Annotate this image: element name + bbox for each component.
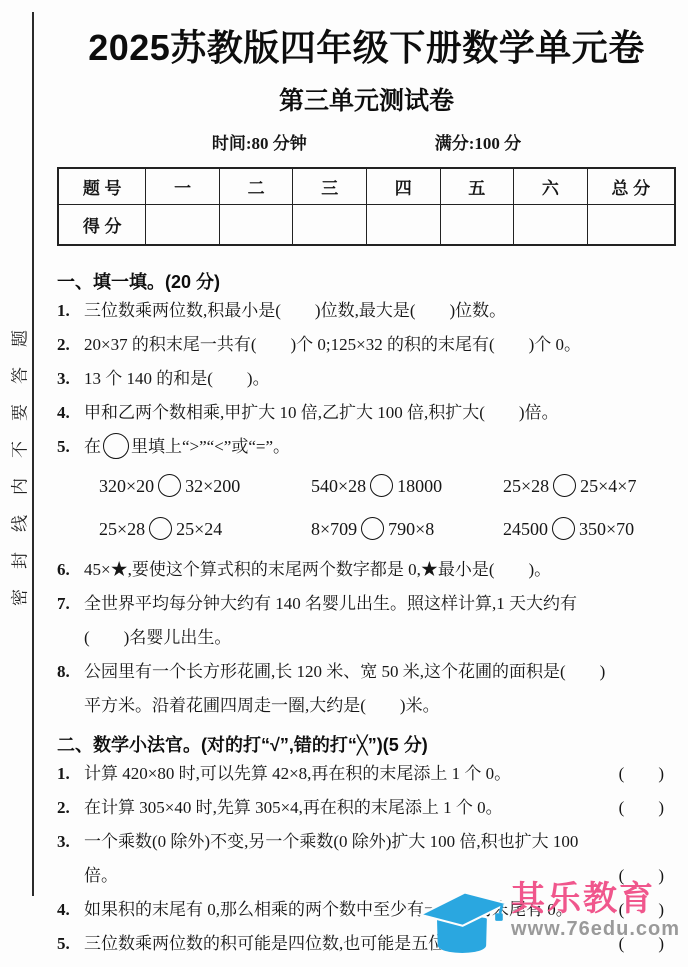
question-text: 甲和乙两个数相乘,甲扩大 10 倍,乙扩大 100 倍,积扩大( )倍。	[84, 403, 559, 422]
score-table: 题 号 一 二 三 四 五 六 总 分 得 分	[57, 167, 676, 246]
score-table-header-cell: 五	[440, 168, 514, 205]
worksheet-page: 密封线内不要答题 2025苏教版四年级下册数学单元卷 第三单元测试卷 时间:80…	[0, 0, 688, 967]
score-cell-empty	[440, 205, 514, 246]
score-table-header-cell: 三	[293, 168, 367, 205]
comparison-item: 25×2825×4×7	[503, 467, 676, 505]
question-text-wrap: 1.计算 420×80 时,可以先算 42×8,再在积的末尾添上 1 个 0。	[57, 757, 611, 791]
question-text: 一个乘数(0 除外)不变,另一个乘数(0 除外)扩大 100 倍,积也扩大 10…	[84, 832, 578, 851]
question-number: 5.	[57, 430, 84, 464]
seal-line-text: 密封线内不要答题	[6, 310, 31, 606]
judge-question-1: 1.计算 420×80 时,可以先算 42×8,再在积的末尾添上 1 个 0。 …	[57, 757, 676, 791]
section-two-heading: 二、数学小法官。(对的打“√”,错的打“╳”)(5 分)	[57, 731, 676, 757]
comparison-item: 25×2825×24	[99, 510, 311, 548]
question-5: 5.在里填上“>”“<”或“=”。	[57, 430, 676, 464]
question-number: 8.	[57, 655, 84, 689]
compare-circle-icon	[552, 517, 575, 540]
score-cell-empty	[514, 205, 588, 246]
answer-blank: ( )	[619, 757, 664, 791]
question-line: 3.一个乘数(0 除外)不变,另一个乘数(0 除外)扩大 100 倍,积也扩大 …	[57, 825, 611, 859]
comparison-left: 24500	[503, 519, 548, 539]
compare-circle-icon	[158, 474, 181, 497]
score-cell-empty	[293, 205, 367, 246]
comparison-right: 350×70	[579, 519, 634, 539]
graduation-cap-icon	[419, 887, 509, 959]
question-text: 45×★,要使这个算式积的末尾两个数字都是 0,★最小是( )。	[84, 560, 551, 579]
comparison-row-2: 25×2825×24 8×709790×8 24500350×70	[57, 510, 676, 548]
question-text: 里填上“>”“<”或“=”。	[131, 437, 290, 456]
score-cell-empty	[146, 205, 220, 246]
exam-info-line: 时间:80 分钟 满分:100 分	[57, 129, 676, 154]
judge-question-2: 2.在计算 305×40 时,先算 305×4,再在积的末尾添上 1 个 0。 …	[57, 791, 676, 825]
score-row-label: 得 分	[58, 205, 146, 246]
comparison-left: 25×28	[99, 519, 145, 539]
question-text: 在	[84, 437, 101, 456]
question-number: 1.	[57, 294, 84, 328]
question-text-wrap: 2.在计算 305×40 时,先算 305×4,再在积的末尾添上 1 个 0。	[57, 791, 611, 825]
comparison-left: 320×20	[99, 476, 154, 496]
question-3: 3.13 个 140 的和是( )。	[57, 362, 676, 396]
question-number: 2.	[57, 328, 84, 362]
time-limit-label: 时间:80 分钟	[212, 129, 307, 154]
comparison-right: 790×8	[388, 519, 434, 539]
question-text: 在计算 305×40 时,先算 305×4,再在积的末尾添上 1 个 0。	[84, 798, 503, 817]
compare-circle-icon	[553, 474, 576, 497]
score-table-header-cell: 二	[219, 168, 293, 205]
worksheet-content: 2025苏教版四年级下册数学单元卷 第三单元测试卷 时间:80 分钟 满分:10…	[57, 20, 676, 961]
full-score-label: 满分:100 分	[435, 129, 521, 154]
question-number: 3.	[57, 825, 84, 859]
score-table-header-cell: 题 号	[58, 168, 146, 205]
question-1: 1.三位数乘两位数,积最小是( )位数,最大是( )位数。	[57, 294, 676, 328]
seal-divider-line	[32, 12, 34, 896]
question-number: 1.	[57, 757, 84, 791]
score-cell-empty	[366, 205, 440, 246]
question-7: 7.全世界平均每分钟大约有 140 名婴儿出生。照这样计算,1 天大约有	[57, 587, 676, 621]
comparison-right: 18000	[397, 476, 442, 496]
question-text: 13 个 140 的和是( )。	[84, 369, 270, 388]
question-text: 20×37 的积末尾一共有( )个 0;125×32 的积的末尾有( )个 0。	[84, 335, 581, 354]
comparison-left: 25×28	[503, 476, 549, 496]
comparison-right: 32×200	[185, 476, 240, 496]
question-text: 三位数乘两位数,积最小是( )位数,最大是( )位数。	[84, 301, 506, 320]
score-table-header-cell: 总 分	[587, 168, 675, 205]
comparison-item: 540×2818000	[311, 467, 503, 505]
score-table-header-cell: 四	[366, 168, 440, 205]
question-number: 2.	[57, 791, 84, 825]
comparison-right: 25×24	[176, 519, 222, 539]
question-number: 3.	[57, 362, 84, 396]
compare-circle-icon	[103, 433, 129, 459]
watermark: 其乐教育 www.76edu.com	[419, 881, 680, 959]
question-text: 计算 420×80 时,可以先算 42×8,再在积的末尾添上 1 个 0。	[84, 764, 511, 783]
question-number: 4.	[57, 893, 84, 927]
score-table-header-cell: 一	[146, 168, 220, 205]
comparison-item: 24500350×70	[503, 510, 676, 548]
score-table-score-row: 得 分	[58, 205, 675, 246]
answer-blank: ( )	[619, 791, 664, 825]
question-number: 6.	[57, 553, 84, 587]
question-7-continued: ( )名婴儿出生。	[57, 621, 676, 655]
question-8: 8.公园里有一个长方形花圃,长 120 米、宽 50 米,这个花圃的面积是( )	[57, 655, 676, 689]
score-table-header-cell: 六	[514, 168, 588, 205]
compare-circle-icon	[149, 517, 172, 540]
watermark-text: 其乐教育 www.76edu.com	[511, 881, 680, 941]
score-table-header-row: 题 号 一 二 三 四 五 六 总 分	[58, 168, 675, 205]
page-subtitle: 第三单元测试卷	[57, 81, 676, 117]
compare-circle-icon	[370, 474, 393, 497]
comparison-item: 8×709790×8	[311, 510, 503, 548]
question-number: 7.	[57, 587, 84, 621]
watermark-brand: 其乐教育	[511, 881, 655, 917]
compare-circle-icon	[361, 517, 384, 540]
question-number: 4.	[57, 396, 84, 430]
score-cell-empty	[219, 205, 293, 246]
comparison-left: 540×28	[311, 476, 366, 496]
question-4: 4.甲和乙两个数相乘,甲扩大 10 倍,乙扩大 100 倍,积扩大( )倍。	[57, 396, 676, 430]
comparison-right: 25×4×7	[580, 476, 636, 496]
comparison-item: 320×2032×200	[99, 467, 311, 505]
page-title: 2025苏教版四年级下册数学单元卷	[57, 20, 676, 71]
section-one-heading: 一、填一填。(20 分)	[57, 268, 676, 294]
question-text: 全世界平均每分钟大约有 140 名婴儿出生。照这样计算,1 天大约有	[84, 594, 577, 613]
question-8-continued: 平方米。沿着花圃四周走一圈,大约是( )米。	[57, 689, 676, 723]
question-number: 5.	[57, 927, 84, 961]
question-6: 6.45×★,要使这个算式积的末尾两个数字都是 0,★最小是( )。	[57, 553, 676, 587]
comparison-row-1: 320×2032×200 540×2818000 25×2825×4×7	[57, 467, 676, 505]
question-2: 2.20×37 的积末尾一共有( )个 0;125×32 的积的末尾有( )个 …	[57, 328, 676, 362]
watermark-url: www.76edu.com	[511, 918, 680, 941]
question-text: 公园里有一个长方形花圃,长 120 米、宽 50 米,这个花圃的面积是( )	[84, 662, 605, 681]
comparison-left: 8×709	[311, 519, 357, 539]
